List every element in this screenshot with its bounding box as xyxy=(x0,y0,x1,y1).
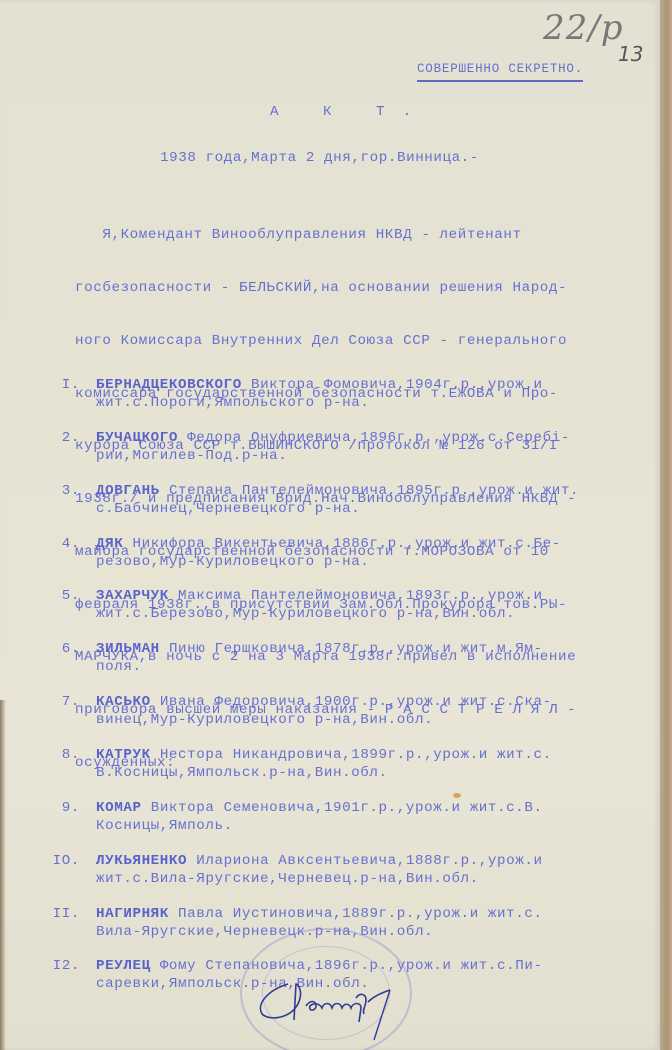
entry-line-2: жит.с.Пороги,Ямпольского р-на. xyxy=(96,395,369,413)
surname: БЕРНАДЦЕКОВСКОГО xyxy=(96,377,242,393)
paper-stain xyxy=(453,793,461,798)
intro-line: госбезопасности - БЕЛЬСКИЙ,на основании … xyxy=(75,280,576,298)
surname: БУЧАЦКОГО xyxy=(96,430,178,446)
page-edge-shadow xyxy=(0,700,6,1050)
document-title: А К Т. xyxy=(270,104,429,122)
surname: КОМАР xyxy=(96,800,142,816)
entry-number: 7. xyxy=(40,694,80,712)
entry-line-2: поля. xyxy=(96,659,142,677)
entry-details: Илариона Авксентьевича,1888г.р.,урож.и xyxy=(196,853,542,869)
entry-number: I2. xyxy=(40,958,80,976)
intro-line: Я,Комендант Винооблуправления НКВД - лей… xyxy=(75,227,576,245)
entry-line-2: рии,Могилев-Под.р-на. xyxy=(96,448,287,466)
entry-line-2: с.Бабчинец,Черневецкого р-на. xyxy=(96,501,360,519)
entry-line-1: БУЧАЦКОГО Федора Онуфриевича,1896г.р.,ур… xyxy=(96,430,570,448)
surname: ЛУКЬЯНЕНКО xyxy=(96,853,187,869)
entry-number: II. xyxy=(40,906,80,924)
entry-number: 6. xyxy=(40,641,80,659)
entry-details: Никифора Викентьевича,1886г.р.,урож.и жи… xyxy=(132,536,560,552)
classification-stamp: СОВЕРШЕННО СЕКРЕТНО. xyxy=(417,61,583,82)
surname: НАГИРНЯК xyxy=(96,906,169,922)
entry-number: 2. xyxy=(40,430,80,448)
surname: РЕУЛЕЦ xyxy=(96,958,151,974)
entry-line-1: ЗИЛЬМАН Пиню Гершковича,1878г.р.,урож.и … xyxy=(96,641,543,659)
surname: ЗАХАРЧУК xyxy=(96,588,169,604)
entry-line-2: винец,Мур-Куриловецкого р-на,Вин.обл. xyxy=(96,712,433,730)
document-page: 22/р 13 СОВЕРШЕННО СЕКРЕТНО. А К Т. 1938… xyxy=(0,0,660,1050)
entry-line-1: НАГИРНЯК Павла Иустиновича,1889г.р.,урож… xyxy=(96,906,543,924)
entry-details: Павла Иустиновича,1889г.р.,урож.и жит.с. xyxy=(178,906,543,922)
entry-details: Виктора Семеновича,1901г.р.,урож.и жит.с… xyxy=(151,800,543,816)
entry-details: Ивана Федоровича,1900г.р.,урож.и жит.с.С… xyxy=(160,694,552,710)
signature xyxy=(248,962,428,1042)
entry-details: Нестора Никандровича,1899г.р.,урож.и жит… xyxy=(160,747,552,763)
entry-line-2: жит.с.Березово,Мур-Куриловецкого р-на,Ви… xyxy=(96,606,515,624)
surname: КАТРУК xyxy=(96,747,151,763)
dateline: 1938 года,Марта 2 дня,гор.Винница.- xyxy=(160,150,479,168)
entry-line-1: КАТРУК Нестора Никандровича,1899г.р.,уро… xyxy=(96,747,552,765)
entry-line-2: резово,Мур-Куриловецкого р-на. xyxy=(96,554,369,572)
entry-line-2: Косницы,Ямполь. xyxy=(96,818,233,836)
entry-number: I. xyxy=(40,377,80,395)
entry-details: Федора Онуфриевича,1896г.р.,урож.с.Сереб… xyxy=(187,430,570,446)
entry-details: Максима Пантелеймоновича,1893г.р.,урож.и xyxy=(178,588,543,604)
entry-line-2: В.Косницы,Ямпольск.р-на,Вин.обл. xyxy=(96,765,388,783)
entry-line-1: КАСЬКО Ивана Федоровича,1900г.р.,урож.и … xyxy=(96,694,552,712)
entry-number: 5. xyxy=(40,588,80,606)
entry-line-1: ДЯК Никифора Викентьевича,1886г.р.,урож.… xyxy=(96,536,561,554)
entry-line-1: КОМАР Виктора Семеновича,1901г.р.,урож.и… xyxy=(96,800,543,818)
surname: ЗИЛЬМАН xyxy=(96,641,160,657)
archive-number: 22/р xyxy=(543,8,623,48)
surname: ДЯК xyxy=(96,536,123,552)
entry-line-1: БЕРНАДЦЕКОВСКОГО Виктора Фомовича,1904г.… xyxy=(96,377,543,395)
entry-number: 8. xyxy=(40,747,80,765)
entry-number: 9. xyxy=(40,800,80,818)
entry-number: IO. xyxy=(40,853,80,871)
archive-page-number: 13 xyxy=(618,42,643,66)
entry-details: Виктора Фомовича,1904г.р.,урож.и xyxy=(251,377,543,393)
surname: ДОВГАНЬ xyxy=(96,483,160,499)
entry-details: Пиню Гершковича,1878г.р.,урож.и жит.м.Ям… xyxy=(169,641,543,657)
entry-line-2: Вила-Яругские,Черневецк.р-на,Вин.обл. xyxy=(96,924,433,942)
entry-number: 3. xyxy=(40,483,80,501)
entry-line-2: жит.с.Вила-Яругские,Черневец.р-на,Вин.об… xyxy=(96,871,479,889)
entry-details: Степана Пантелеймоновича,1895г.р.,урож.и… xyxy=(169,483,579,499)
page-edge xyxy=(660,0,672,1050)
intro-line: ного Комиссара Внутренних Дел Союза ССР … xyxy=(75,333,576,351)
entry-line-1: ЛУКЬЯНЕНКО Илариона Авксентьевича,1888г.… xyxy=(96,853,543,871)
surname: КАСЬКО xyxy=(96,694,151,710)
entry-number: 4. xyxy=(40,536,80,554)
entry-line-1: ЗАХАРЧУК Максима Пантелеймоновича,1893г.… xyxy=(96,588,543,606)
entry-line-1: ДОВГАНЬ Степана Пантелеймоновича,1895г.р… xyxy=(96,483,579,501)
